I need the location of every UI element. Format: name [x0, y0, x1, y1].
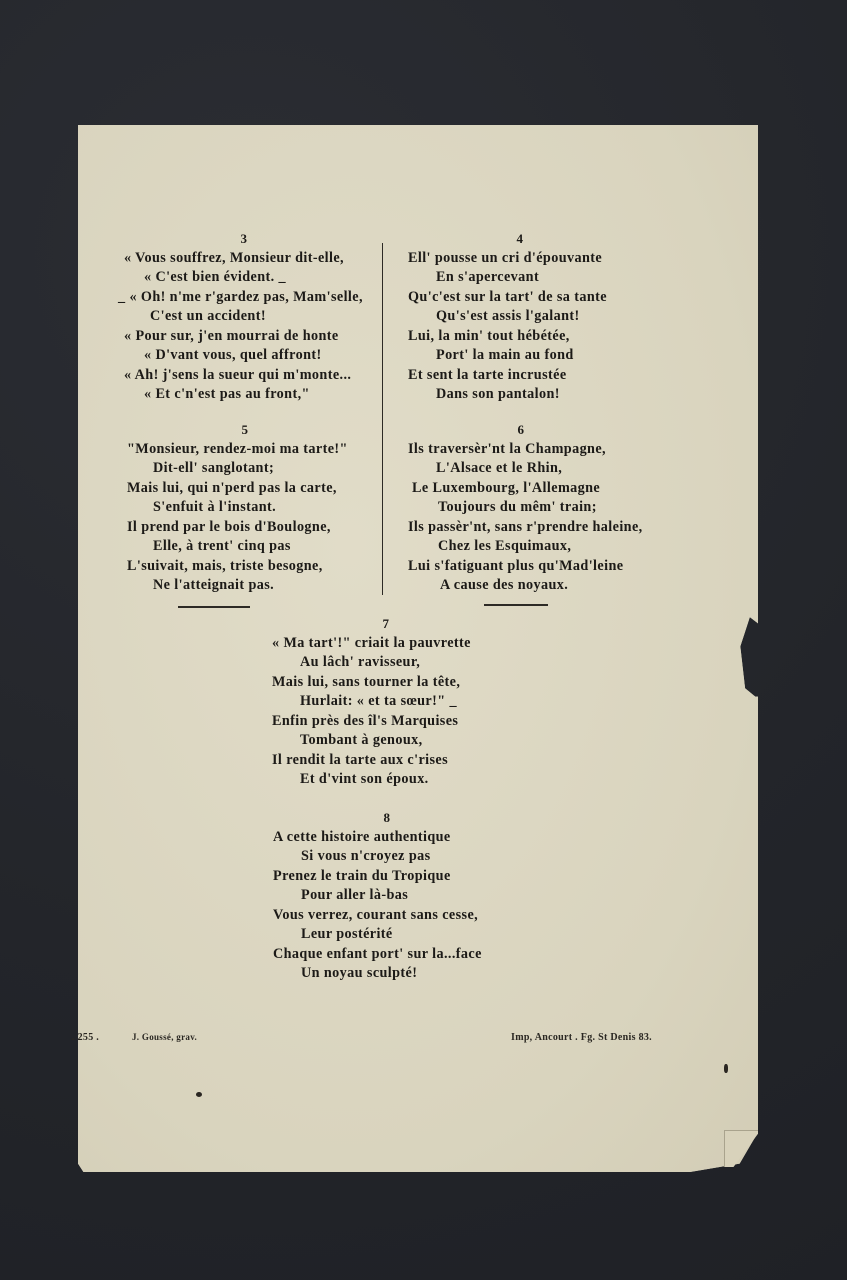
verse-line: Elle, à trent' cinq pas — [127, 537, 357, 557]
verse-line: « Et c'n'est pas au front," — [124, 385, 344, 405]
section-rule-right — [484, 604, 548, 606]
verse-line: « C'est bien évident. _ — [124, 268, 344, 288]
verse-line: Leur postérité — [273, 925, 503, 945]
verse-line: Si vous n'croyez pas — [273, 847, 503, 867]
verse-line: A cette histoire authentique — [273, 828, 503, 848]
verse-line: « Ah! j'sens la sueur qui m'monte... — [124, 366, 344, 386]
verse-line: Un noyau sculpté! — [273, 964, 503, 984]
folded-corner — [724, 1130, 758, 1167]
stanza-7: 7 « Ma tart'!" criait la pauvrette Au lâ… — [272, 614, 502, 790]
stanza-4: 4 Ell' pousse un cri d'épouvante En s'ap… — [408, 229, 628, 405]
verse-line: Mais lui, qui n'perd pas la carte, — [127, 479, 357, 499]
verse-line: A cause des noyaux. — [408, 576, 648, 596]
verse-line: « Pour sur, j'en mourrai de honte — [124, 327, 344, 347]
verse-line: Ils traversèr'nt la Champagne, — [408, 440, 648, 460]
verse-line: Dit-ell' sanglotant; — [127, 459, 357, 479]
verse-line: Et sent la tarte incrustée — [408, 366, 628, 386]
stanza-5: 5 "Monsieur, rendez-moi ma tarte!" Dit-e… — [127, 420, 357, 596]
stanza-number: 3 — [124, 229, 364, 249]
verse-line: Vous verrez, courant sans cesse, — [273, 906, 503, 926]
verse-line: Chez les Esquimaux, — [408, 537, 648, 557]
catalog-number: . 255 . — [72, 1032, 99, 1043]
verse-line: Mais lui, sans tourner la tête, — [272, 673, 502, 693]
stanza-number: 4 — [408, 229, 632, 249]
verse-line: Qu's'est assis l'galant! — [408, 307, 628, 327]
verse-line: « D'vant vous, quel affront! — [124, 346, 344, 366]
stanza-number: 8 — [273, 808, 501, 828]
verse-line: Toujours du mêm' train; — [408, 498, 648, 518]
verse-line: Au lâch' ravisseur, — [272, 653, 502, 673]
verse-line: Lui s'fatiguant plus qu'Mad'leine — [408, 557, 648, 577]
verse-line: Ils passèr'nt, sans r'prendre haleine, — [408, 518, 648, 538]
verse-line: Et d'vint son époux. — [272, 770, 502, 790]
verse-line: Prenez le train du Tropique — [273, 867, 503, 887]
verse-line: L'suivait, mais, triste besogne, — [127, 557, 357, 577]
verse-line: Hurlait: « et ta sœur!" _ — [272, 692, 502, 712]
verse-line: Pour aller là-bas — [273, 886, 503, 906]
verse-line: Tombant à genoux, — [272, 731, 502, 751]
verse-line: Qu'c'est sur la tart' de sa tante — [408, 288, 628, 308]
verse-line: S'enfuit à l'instant. — [127, 498, 357, 518]
section-rule-left — [178, 606, 250, 608]
verse-line: Chaque enfant port' sur la...face — [273, 945, 503, 965]
printer-credit: Imp, Ancourt . Fg. St Denis 83. — [511, 1032, 652, 1043]
verse-line: Lui, la min' tout hébétée, — [408, 327, 628, 347]
stanza-6: 6 Ils traversèr'nt la Champagne, L'Alsac… — [408, 420, 648, 596]
verse-line: Il rendit la tarte aux c'rises — [272, 751, 502, 771]
stanza-number: 7 — [272, 614, 500, 634]
verse-line: Il prend par le bois d'Boulogne, — [127, 518, 357, 538]
verse-line: C'est un accident! — [124, 307, 344, 327]
verse-line: En s'apercevant — [408, 268, 628, 288]
verse-line: Enfin près des îl's Marquises — [272, 712, 502, 732]
verse-line: Ell' pousse un cri d'épouvante — [408, 249, 628, 269]
column-divider — [382, 243, 383, 595]
verse-line: Dans son pantalon! — [408, 385, 628, 405]
verse-line: "Monsieur, rendez-moi ma tarte!" — [127, 440, 357, 460]
verse-line: « Ma tart'!" criait la pauvrette — [272, 634, 502, 654]
verse-line: Ne l'atteignait pas. — [127, 576, 357, 596]
verse-line: L'Alsace et le Rhin, — [408, 459, 648, 479]
engraver-credit: J. Goussé, grav. — [132, 1032, 197, 1042]
ink-spot — [724, 1064, 728, 1073]
verse-line: Le Luxembourg, l'Allemagne — [408, 479, 648, 499]
stanza-number: 5 — [127, 420, 363, 440]
verse-line: _ « Oh! n'me r'gardez pas, Mam'selle, — [118, 288, 344, 308]
verse-line: Port' la main au fond — [408, 346, 628, 366]
verse-line: « Vous souffrez, Monsieur dit-elle, — [124, 249, 344, 269]
stanza-8: 8 A cette histoire authentique Si vous n… — [273, 808, 503, 984]
stanza-number: 6 — [408, 420, 634, 440]
ink-spot — [196, 1092, 202, 1097]
stanza-3: 3 « Vous souffrez, Monsieur dit-elle, « … — [124, 229, 344, 405]
